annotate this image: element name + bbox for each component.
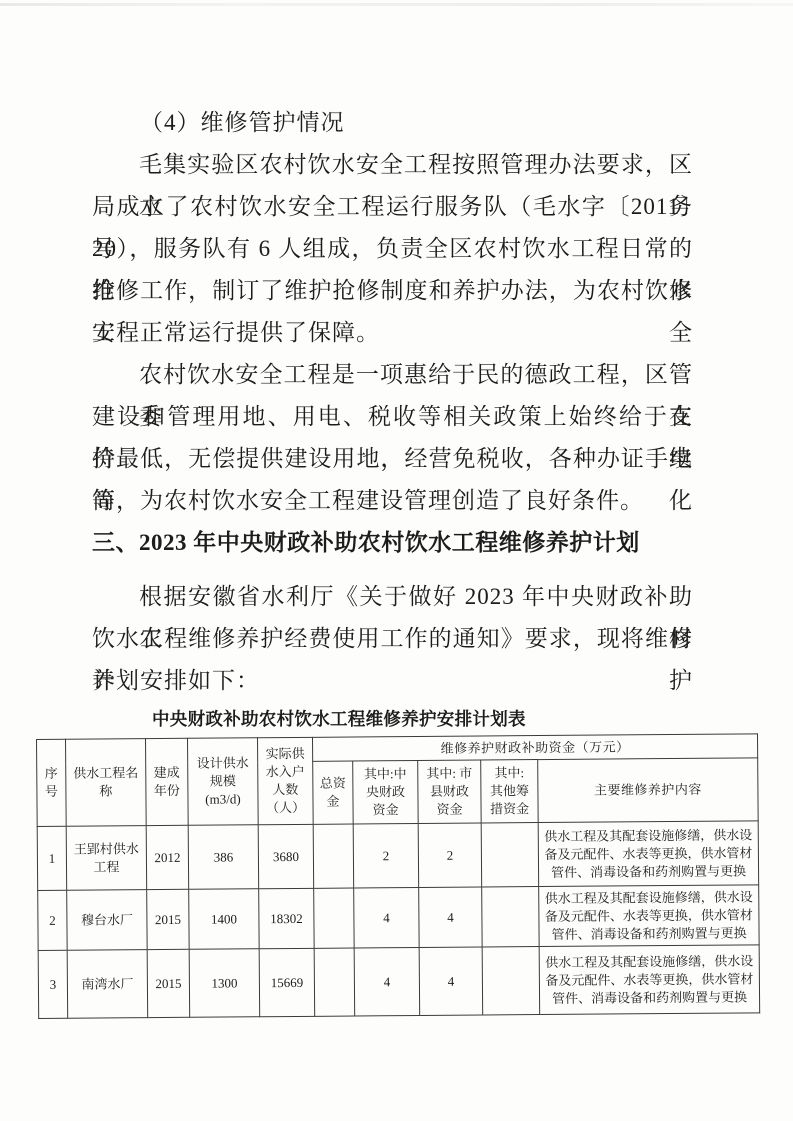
cell-population: 18302 [259, 888, 314, 948]
cell-year: 2015 [147, 949, 190, 1017]
cell-name: 南湾水厂 [67, 950, 148, 1019]
col-header-capacity: 设计供水 规模 (m3/d) [187, 738, 258, 826]
section-heading-3: 三、2023 年中央财政补助农村饮水工程维修养护计划 [92, 522, 693, 564]
col-header-other-fund: 其中: 其他筹 措资金 [481, 760, 538, 823]
table-row: 2 穆台水厂 2015 1400 18302 4 4 供水工程及其配套设施修缮，… [38, 885, 759, 951]
paragraph-line: 价最低，无偿提供建设用地，经营免税收，各种办证手续简化 [92, 438, 693, 480]
paragraph-2: 农村饮水安全工程是一项惠给于民的德政工程，区管委在 建设和管理用地、用电、税收等… [92, 354, 693, 522]
col-header-total-fund: 总资 金 [313, 761, 353, 824]
cell-central-fund: 2 [353, 824, 419, 889]
cell-content: 供水工程及其配套设施修缮，供水设备及元配件、水表等更换，供水管材管件、消毒设备和… [538, 821, 758, 887]
col-header-year: 建成 年份 [146, 738, 189, 825]
paragraph-line: 饮水工程维修养护经费使用工作的通知》要求，现将维修养护 [92, 618, 693, 660]
cell-name: 王郢村供水 工程 [66, 826, 147, 891]
paragraph-3: 根据安徽省水利厅《关于做好 2023 年中央财政补助农村 饮水工程维修养护经费使… [92, 576, 693, 702]
cell-name: 穆台水厂 [67, 890, 147, 951]
paragraph-line: 建设和管理用地、用电、税收等相关政策上始终给于支持，电 [92, 396, 693, 438]
paragraph-line: 毛集实验区农村饮水安全工程按照管理办法要求，区水务 [92, 144, 693, 186]
cell-county-fund: 4 [419, 887, 482, 947]
paragraph-line: 号），服务队有 6 人组成，负责全区农村饮水工程日常的维修 [92, 228, 693, 270]
cell-seq: 2 [38, 890, 67, 950]
cell-central-fund: 4 [354, 887, 419, 948]
cell-capacity: 1400 [189, 889, 259, 950]
col-header-fund-group: 维修养护财政补助资金（万元） [312, 734, 757, 761]
cell-total-fund [314, 948, 355, 1016]
cell-central-fund: 4 [354, 947, 420, 1016]
table-row: 3 南湾水厂 2015 1300 15669 4 4 供水工程及其配套设施修缮，… [38, 945, 760, 1019]
section-title: （4）维修管护情况 [92, 102, 693, 144]
table-title: 中央财政补助农村饮水工程维修养护安排计划表 [92, 704, 693, 734]
cell-population: 15669 [259, 948, 315, 1016]
cell-county-fund: 2 [418, 823, 482, 887]
cell-content: 供水工程及其配套设施修缮，供水设备及元配件、水表等更换，供水管材管件、消毒设备和… [539, 945, 760, 1015]
cell-seq: 1 [37, 826, 67, 890]
col-header-central-fund: 其中:中 央财政 资金 [353, 761, 418, 825]
col-header-name: 供水工程名 称 [66, 739, 147, 827]
paragraph-line: 根据安徽省水利厅《关于做好 2023 年中央财政补助农村 [92, 576, 693, 618]
table-wrapper: 序 号 供水工程名 称 建成 年份 设计供水 规模 (m3/d) 实际供 水入户… [36, 733, 762, 1019]
paragraph-line: 农村饮水安全工程是一项惠给于民的德政工程，区管委在 [92, 354, 693, 396]
col-header-county-fund: 其中: 市 县财政 资金 [418, 760, 481, 823]
scanned-document-page: （4）维修管护情况 毛集实验区农村饮水安全工程按照管理办法要求，区水务 局成立了… [0, 0, 793, 1121]
cell-seq: 3 [38, 950, 68, 1018]
paragraph-line: 局成立了农村饮水安全工程运行服务队（毛水字〔2011〕20 [92, 186, 693, 228]
table-row: 1 王郢村供水 工程 2012 386 3680 2 2 供水工程及其配套设施修… [37, 821, 758, 891]
paragraph-line: 抢修工作，制订了维护抢修制度和养护办法，为农村饮水安全 [92, 270, 693, 312]
cell-other-fund [481, 823, 539, 887]
col-header-seq: 序 号 [37, 739, 67, 826]
cell-population: 3680 [258, 824, 314, 888]
maintenance-plan-table: 序 号 供水工程名 称 建成 年份 设计供水 规模 (m3/d) 实际供 水入户… [36, 733, 760, 1019]
cell-year: 2015 [147, 889, 189, 949]
scan-edge-artifact [0, 3, 793, 6]
cell-capacity: 1300 [189, 949, 260, 1018]
cell-capacity: 386 [188, 825, 259, 890]
cell-other-fund [482, 887, 539, 947]
document-body: （4）维修管护情况 毛集实验区农村饮水安全工程按照管理办法要求，区水务 局成立了… [92, 102, 693, 734]
cell-content: 供水工程及其配套设施修缮，供水设备及元配件、水表等更换，供水管材管件、消毒设备和… [539, 885, 759, 947]
paragraph-line: 等，为农村饮水安全工程建设管理创造了良好条件。 [92, 480, 693, 522]
cell-county-fund: 4 [419, 947, 483, 1015]
col-header-population: 实际供 水入户 人数 （人） [257, 737, 313, 824]
cell-year: 2012 [146, 825, 189, 889]
col-header-content: 主要维修养护内容 [538, 758, 758, 823]
cell-total-fund [314, 888, 354, 948]
cell-other-fund [482, 947, 540, 1015]
cell-total-fund [313, 824, 354, 888]
paragraph-1: 毛集实验区农村饮水安全工程按照管理办法要求，区水务 局成立了农村饮水安全工程运行… [92, 144, 693, 354]
